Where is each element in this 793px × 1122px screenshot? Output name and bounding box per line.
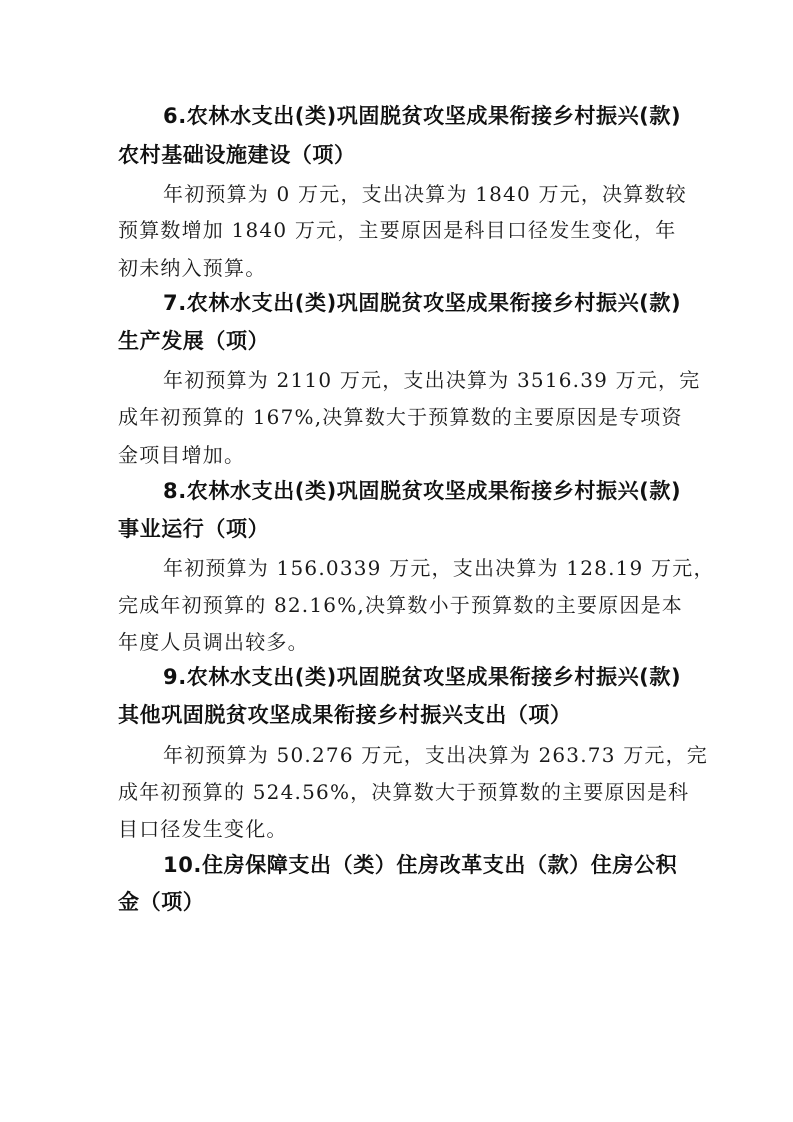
section-10-heading-line-1: 10.住房保障支出（类）住房改革支出（款）住房公积	[163, 851, 677, 879]
section-6-body-line-3: 初未纳入预算。	[118, 254, 266, 282]
section-8-heading-line-1: 8.农林水支出(类)巩固脱贫攻坚成果衔接乡村振兴(款)	[163, 477, 681, 505]
section-8-body-line-3: 年度人员调出较多。	[118, 628, 309, 656]
section-8-body-line-1: 年初预算为 156.0339 万元，支出决算为 128.19 万元，	[163, 554, 715, 582]
section-9-body-line-1: 年初预算为 50.276 万元，支出决算为 263.73 万元，完	[163, 741, 708, 769]
section-10-heading-line-2: 金（项）	[118, 888, 204, 916]
section-9-body-line-3: 目口径发生变化。	[118, 815, 288, 843]
section-9-body-line-2: 成年初预算的 524.56%，决算数大于预算数的主要原因是科	[118, 778, 689, 806]
section-9-heading-line-2: 其他巩固脱贫攻坚成果衔接乡村振兴支出（项）	[118, 701, 572, 729]
section-7-heading-line-1: 7.农林水支出(类)巩固脱贫攻坚成果衔接乡村振兴(款)	[163, 289, 681, 317]
document-page: 6.农林水支出(类)巩固脱贫攻坚成果衔接乡村振兴(款) 农村基础设施建设（项） …	[0, 0, 793, 1122]
section-6-body-line-2: 预算数增加 1840 万元，主要原因是科目口径发生变化，年	[118, 216, 676, 244]
section-7-body-line-1: 年初预算为 2110 万元，支出决算为 3516.39 万元，完	[163, 366, 700, 394]
section-7-body-line-3: 金项目增加。	[118, 441, 245, 469]
section-9-heading-line-1: 9.农林水支出(类)巩固脱贫攻坚成果衔接乡村振兴(款)	[163, 663, 681, 691]
section-8-heading-line-2: 事业运行（项）	[118, 515, 269, 543]
section-8-body-line-2: 完成年初预算的 82.16%,决算数小于预算数的主要原因是本	[118, 591, 683, 619]
section-6-heading-line-2: 农村基础设施建设（项）	[118, 141, 356, 169]
section-7-heading-line-2: 生产发展（项）	[118, 327, 269, 355]
section-6-body-line-1: 年初预算为 0 万元，支出决算为 1840 万元，决算数较	[163, 180, 687, 208]
section-7-body-line-2: 成年初预算的 167%,决算数大于预算数的主要原因是专项资	[118, 403, 683, 431]
section-6-heading-line-1: 6.农林水支出(类)巩固脱贫攻坚成果衔接乡村振兴(款)	[163, 102, 681, 130]
